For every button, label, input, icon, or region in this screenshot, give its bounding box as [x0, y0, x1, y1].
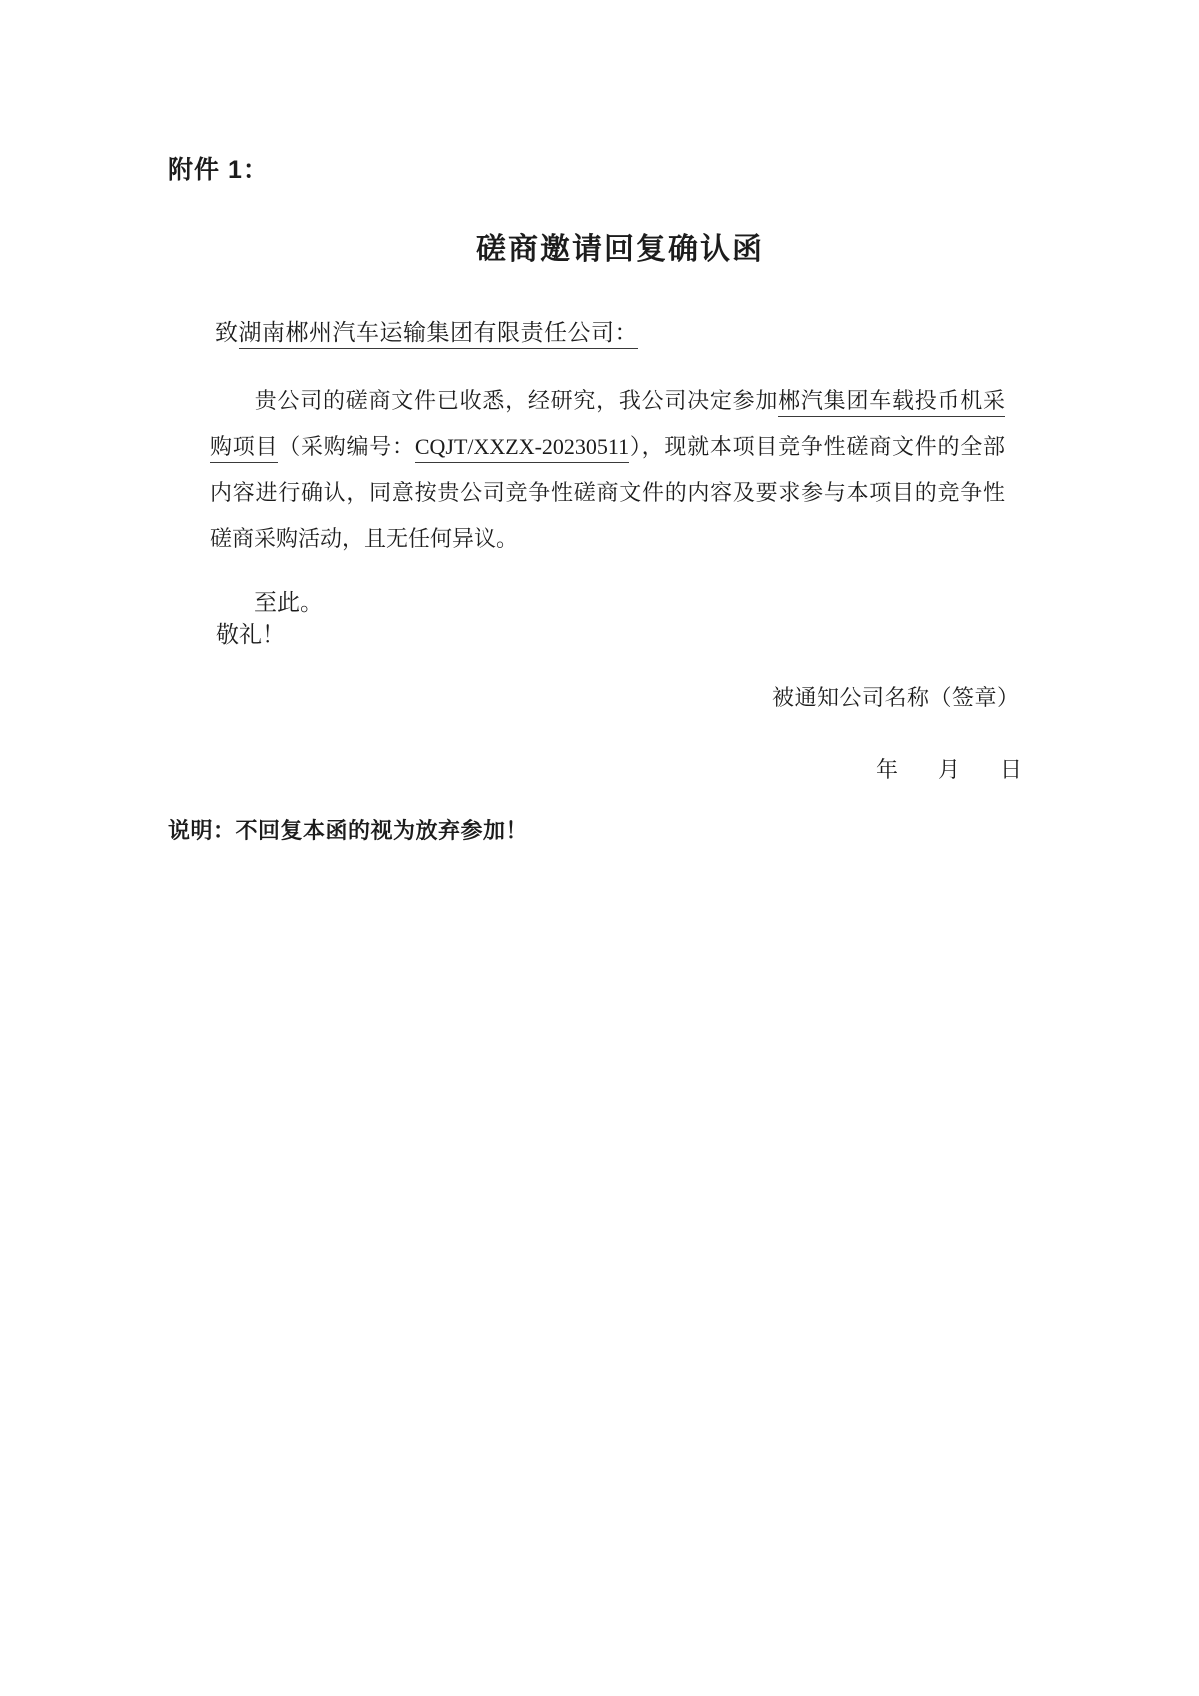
- body-line-1-text: 贵公司的磋商文件已收悉，经研究，我公司决定参加: [254, 388, 778, 413]
- salutation-company-underlined: 湖南郴州汽车运输集团有限责任公司：: [239, 320, 639, 349]
- body-line-2-text-1: （采购编号：: [278, 434, 415, 459]
- closing-jingli: 敬礼！: [216, 616, 285, 649]
- body-line-2-underlined-lead: 购项目: [210, 434, 278, 463]
- signature-label: 被通知公司名称（签章）: [772, 681, 1020, 712]
- date-year-label: 年: [876, 753, 898, 784]
- document-page: 附件 1： 磋商邀请回复确认函 致湖南郴州汽车运输集团有限责任公司： 贵公司的磋…: [0, 0, 1199, 1696]
- body-line-4-text: 磋商采购活动，且无任何异议。: [210, 526, 518, 551]
- body-line-2: 购项目（采购编号：CQJT/XXZX-20230511），现就本项目竞争性磋商文…: [210, 424, 1005, 470]
- body-line-3: 内容进行确认，同意按贵公司竞争性磋商文件的内容及要求参与本项目的竞争性: [210, 470, 1005, 516]
- salutation-prefix: 致: [215, 320, 239, 345]
- date-month-label: 月: [938, 753, 960, 784]
- closing-zhici: 至此。: [254, 584, 323, 617]
- body-line-1: 贵公司的磋商文件已收悉，经研究，我公司决定参加郴汽集团车载投币机采: [210, 378, 1005, 424]
- body-line-3-text: 内容进行确认，同意按贵公司竞争性磋商文件的内容及要求参与本项目的竞争性: [210, 480, 1005, 505]
- body-line-2-text-2: ），现就本项目竞争性磋商文件的全部: [629, 434, 1005, 459]
- page-title: 磋商邀请回复确认函: [476, 233, 764, 266]
- body-line-2-underlined-code: CQJT/XXZX-20230511: [415, 434, 629, 463]
- date-line: 年 月 日: [876, 753, 1022, 784]
- salutation-line: 致湖南郴州汽车运输集团有限责任公司：: [215, 314, 638, 347]
- attachment-label: 附件 1：: [168, 150, 269, 186]
- body-line-4: 磋商采购活动，且无任何异议。: [210, 516, 1005, 562]
- note-line: 说明：不回复本函的视为放弃参加！: [168, 814, 528, 845]
- body-paragraph: 贵公司的磋商文件已收悉，经研究，我公司决定参加郴汽集团车载投币机采 购项目（采购…: [210, 378, 1005, 562]
- body-line-1-underlined: 郴汽集团车载投币机采: [778, 388, 1005, 417]
- date-day-label: 日: [1000, 753, 1022, 784]
- salutation-colon: ：: [615, 320, 639, 345]
- title-row: 磋商邀请回复确认函: [210, 224, 1030, 268]
- salutation-company: 湖南郴州汽车运输集团有限责任公司: [239, 320, 615, 345]
